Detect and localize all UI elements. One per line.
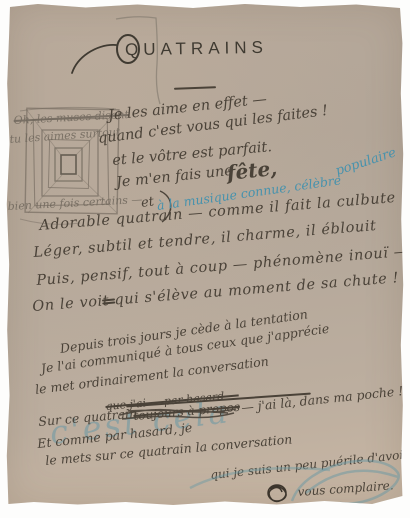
handwritten-word-fete: fête,: [226, 158, 278, 183]
blue-underline-loop: [186, 458, 336, 498]
blue-pencil-note: populaire: [334, 146, 398, 178]
photo-background: QUATRAINS Oh, les muses disent tu les ai…: [0, 0, 410, 518]
handwritten-word-et: et: [140, 195, 155, 210]
manuscript-paper: QUATRAINS Oh, les muses disent tu les ai…: [6, 3, 404, 506]
page-title: QUATRAINS: [125, 38, 268, 60]
manuscript-photo: { "manuscript": { "title": "QUATRAINS", …: [0, 0, 410, 518]
strike-scribble: [118, 403, 238, 425]
title-underline-dash: [174, 86, 216, 89]
handwritten-line: — j'ai là, dans ma poche !: [241, 385, 404, 414]
